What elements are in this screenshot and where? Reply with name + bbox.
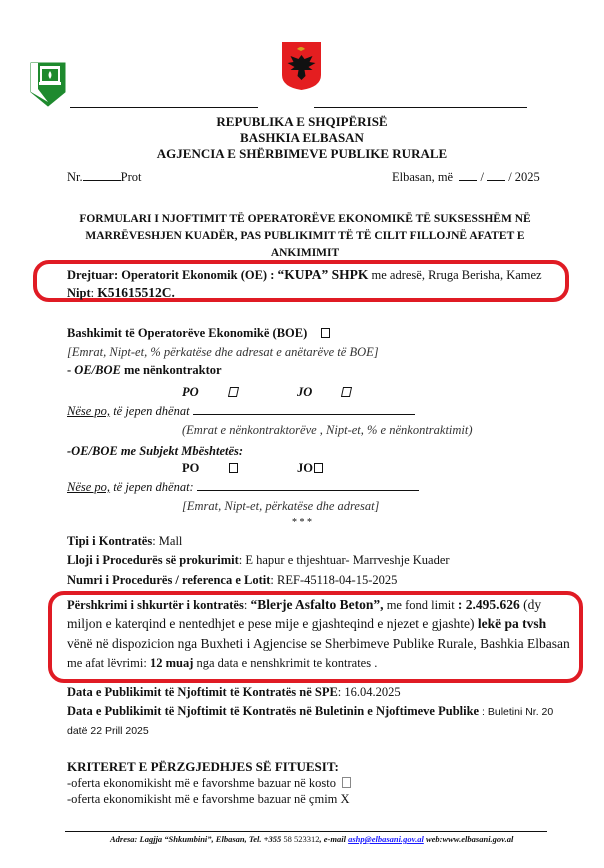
subcontractor-po-checkbox[interactable] (228, 387, 239, 397)
procedure-reference: Numri i Procedurës / referenca e Lotit: … (67, 571, 397, 589)
subcontractor-details-line: Nëse po, të jepen dhënat (67, 402, 415, 420)
form-title-1: FORMULARI I NJOFTIMIT TË OPERATORËVE EKO… (60, 211, 550, 228)
criteria-option-price: -oferta ekonomikisht më e favorshme bazu… (67, 790, 350, 808)
boe-hint: [Emrat, Nipt-et, % përkatëse dhe adresat… (67, 343, 379, 361)
subcontractor-jo-checkbox[interactable] (341, 387, 352, 397)
place-date: Elbasan, më / / 2025 (392, 168, 540, 186)
section-separator: * * * (292, 514, 312, 532)
support-jo: JO (297, 459, 323, 477)
addressee-line: Drejtuar: Operatorit Ekonomik (OE) : “KU… (67, 266, 542, 284)
header-rule-right (314, 107, 527, 108)
bulletin-date: datë 22 Prill 2025 (67, 722, 149, 740)
support-details-line: Nëse po, të jepen dhënat: (67, 478, 419, 496)
header-republic: REPUBLIKA E SHQIPËRISË (0, 114, 604, 130)
subcontractor-details-field[interactable] (193, 414, 415, 415)
support-hint: [Emrat, Nipt-et, përkatëse dhe adresat] (182, 497, 379, 515)
subcontractor-po: PO (182, 383, 238, 401)
header-municipality: BASHKIA ELBASAN (0, 130, 604, 146)
support-details-field[interactable] (197, 490, 419, 491)
support-entity-label: -OE/BOE me Subjekt Mbështetës: (67, 442, 243, 460)
municipality-logo-icon (30, 62, 66, 107)
description-line-2: miljon e katerqind e nentedhjet e pese m… (67, 615, 546, 633)
form-title-2: MARRËVESHJEN KUADËR, PAS PUBLIKIMIT TË T… (60, 228, 550, 245)
footer-contact: Adresa: Lagjja “Shkumbini”, Elbasan, Tel… (110, 834, 513, 844)
subcontractor-jo: JO (297, 383, 351, 401)
protocol-number: Nr.Prot (67, 168, 141, 186)
contract-type: Tipi i Kontratës: Mall (67, 532, 182, 550)
support-jo-checkbox[interactable] (314, 463, 323, 473)
nipt-line: Nipt: K51615512C. (67, 284, 175, 302)
boe-checkbox[interactable] (321, 328, 330, 338)
description-line-1: Përshkrimi i shkurtër i kontratës: “Bler… (67, 596, 541, 614)
support-po-checkbox[interactable] (229, 463, 238, 473)
boe-label: Bashkimit të Operatorëve Ekonomikë (BOE) (67, 324, 330, 342)
bulletin-publication: Data e Publikimit të Njoftimit të Kontra… (67, 702, 553, 721)
footer-email-link[interactable]: ashp@elbasani.gov.al (348, 834, 424, 844)
description-line-3: vënë në dispozicion nga Buxheti i Agjenc… (67, 635, 570, 653)
header-rule-left (70, 107, 258, 108)
support-po: PO (182, 459, 238, 477)
criteria-cost-checkbox[interactable] (342, 777, 351, 788)
subcontractor-label: - OE/BOE me nënkontraktor (67, 361, 222, 379)
spe-publication-date: Data e Publikimit të Njoftimit të Kontra… (67, 683, 401, 701)
coat-of-arms-icon (281, 41, 322, 91)
header-agency: AGJENCIA E SHËRBIMEVE PUBLIKE RURALE (0, 146, 604, 162)
procedure-type: Lloji i Procedurës së prokurimit: E hapu… (67, 551, 450, 569)
footer-rule (65, 831, 547, 832)
subcontractor-hint: (Emrat e nënkontraktorëve , Nipt-et, % e… (182, 421, 473, 439)
description-line-4: me afat lëvrimi: 12 muaj nga data e nens… (67, 654, 377, 672)
